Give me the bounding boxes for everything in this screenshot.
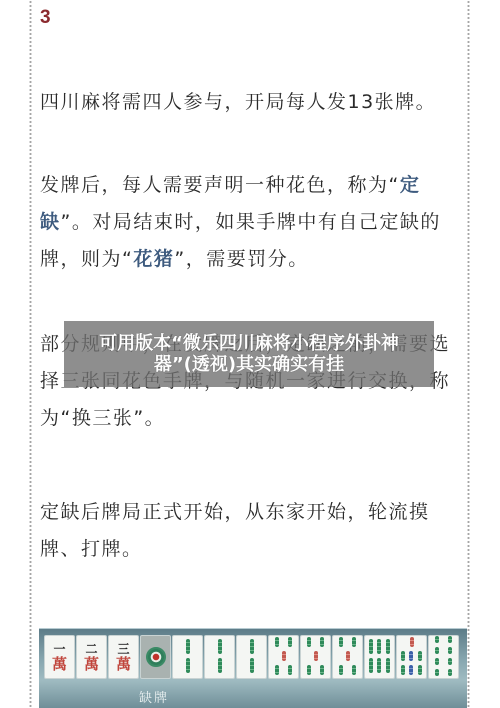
bamboo-stick	[282, 651, 286, 661]
paragraph-tile-count: 四川麻将需四人参与，开局每人发13张牌。	[40, 84, 468, 121]
tile-2-bamboo	[236, 635, 267, 679]
bamboo-stick	[386, 658, 390, 673]
bamboo-sticks-icon	[400, 637, 424, 677]
bamboo-sticks-icon	[176, 639, 200, 675]
term-huazhu: 花猪	[133, 248, 174, 270]
bamboo-stick	[352, 637, 356, 647]
bamboo-stick	[346, 651, 350, 661]
bamboo-stick	[435, 647, 439, 654]
bamboo-stick	[307, 665, 311, 675]
bamboo-stick	[418, 651, 422, 661]
bamboo-sticks-icon	[432, 636, 456, 678]
title-overlay-banner: 可用版本“微乐四川麻将小程序外卦神器”(透视)其实确实有挂	[64, 321, 434, 387]
article-page: 3 四川麻将需四人参与，开局每人发13张牌。 发牌后，每人需要声明一种花色，称为…	[0, 0, 500, 708]
tile-3-wan: 三萬	[108, 635, 139, 679]
bamboo-sticks-icon	[368, 639, 392, 675]
bamboo-sticks-icon	[336, 637, 360, 677]
bamboo-sticks-icon	[208, 639, 232, 675]
bamboo-stick	[218, 658, 222, 673]
bamboo-stick	[186, 639, 190, 654]
bamboo-stick	[448, 669, 452, 676]
bamboo-stick	[186, 658, 190, 673]
text-segment: ”，需要罚分。	[174, 248, 308, 270]
bamboo-stick	[410, 637, 414, 647]
circle-dot-icon	[146, 647, 166, 667]
tile-5-bamboo	[268, 635, 299, 679]
tile-7-bamboo	[396, 635, 427, 679]
tile-2-bamboo	[172, 635, 203, 679]
bamboo-stick	[275, 637, 279, 647]
bamboo-stick	[409, 665, 413, 675]
bamboo-stick	[386, 639, 390, 654]
wan-character: 萬	[52, 656, 67, 673]
bamboo-stick	[275, 665, 279, 675]
wan-number: 一	[53, 642, 65, 656]
bamboo-stick	[435, 658, 439, 665]
bamboo-stick	[435, 669, 439, 676]
paragraph-game-start: 定缺后牌局正式开始，从东家开始，轮流摸牌、打牌。	[40, 494, 468, 568]
wan-number: 二	[85, 642, 97, 656]
bamboo-stick	[250, 658, 254, 673]
bamboo-stick	[307, 637, 311, 647]
step-number: 3	[40, 7, 51, 29]
overlay-title: 可用版本“微乐四川麻将小程序外卦神器”(透视)其实确实有挂	[84, 333, 414, 375]
bamboo-stick	[288, 665, 292, 675]
bamboo-stick	[314, 651, 318, 661]
bamboo-stick	[435, 636, 439, 643]
bamboo-stick	[401, 665, 405, 675]
bamboo-stick	[352, 665, 356, 675]
bamboo-stick	[339, 665, 343, 675]
tile-5-bamboo	[300, 635, 331, 679]
tile-1-dot	[140, 635, 171, 679]
tile-row: 一萬二萬三萬	[44, 635, 459, 679]
dotted-border-left	[29, 0, 32, 708]
tile-5-bamboo	[332, 635, 363, 679]
bamboo-stick	[320, 637, 324, 647]
mahjong-tile-image: 一萬二萬三萬 缺牌	[39, 628, 467, 708]
bamboo-stick	[288, 637, 292, 647]
wan-character: 萬	[84, 656, 99, 673]
bamboo-stick	[409, 651, 413, 661]
tile-2-wan: 二萬	[76, 635, 107, 679]
bamboo-stick	[418, 665, 422, 675]
bamboo-sticks-icon	[304, 637, 328, 677]
bamboo-sticks-icon	[240, 639, 264, 675]
tile-8-bamboo	[428, 635, 459, 679]
bamboo-stick	[401, 651, 405, 661]
tile-1-wan: 一萬	[44, 635, 75, 679]
wan-number: 三	[117, 642, 129, 656]
bamboo-stick	[369, 658, 373, 673]
bamboo-stick	[250, 639, 254, 654]
tile-caption: 缺牌	[139, 687, 169, 706]
bamboo-stick	[320, 665, 324, 675]
bamboo-stick	[448, 636, 452, 643]
paragraph-dingque: 发牌后，每人需要声明一种花色，称为“定缺”。对局结束时，如果手牌中有自己定缺的牌…	[40, 167, 468, 278]
bamboo-stick	[448, 658, 452, 665]
tile-2-bamboo	[204, 635, 235, 679]
text-segment: 发牌后，每人需要声明一种花色，称为“	[40, 174, 400, 196]
bamboo-stick	[448, 647, 452, 654]
bamboo-sticks-icon	[272, 637, 296, 677]
bamboo-stick	[377, 658, 381, 673]
bamboo-stick	[218, 639, 222, 654]
bamboo-stick	[369, 639, 373, 654]
bamboo-stick	[377, 639, 381, 654]
wan-character: 萬	[116, 656, 131, 673]
tile-6-bamboo	[364, 635, 395, 679]
bamboo-stick	[339, 637, 343, 647]
